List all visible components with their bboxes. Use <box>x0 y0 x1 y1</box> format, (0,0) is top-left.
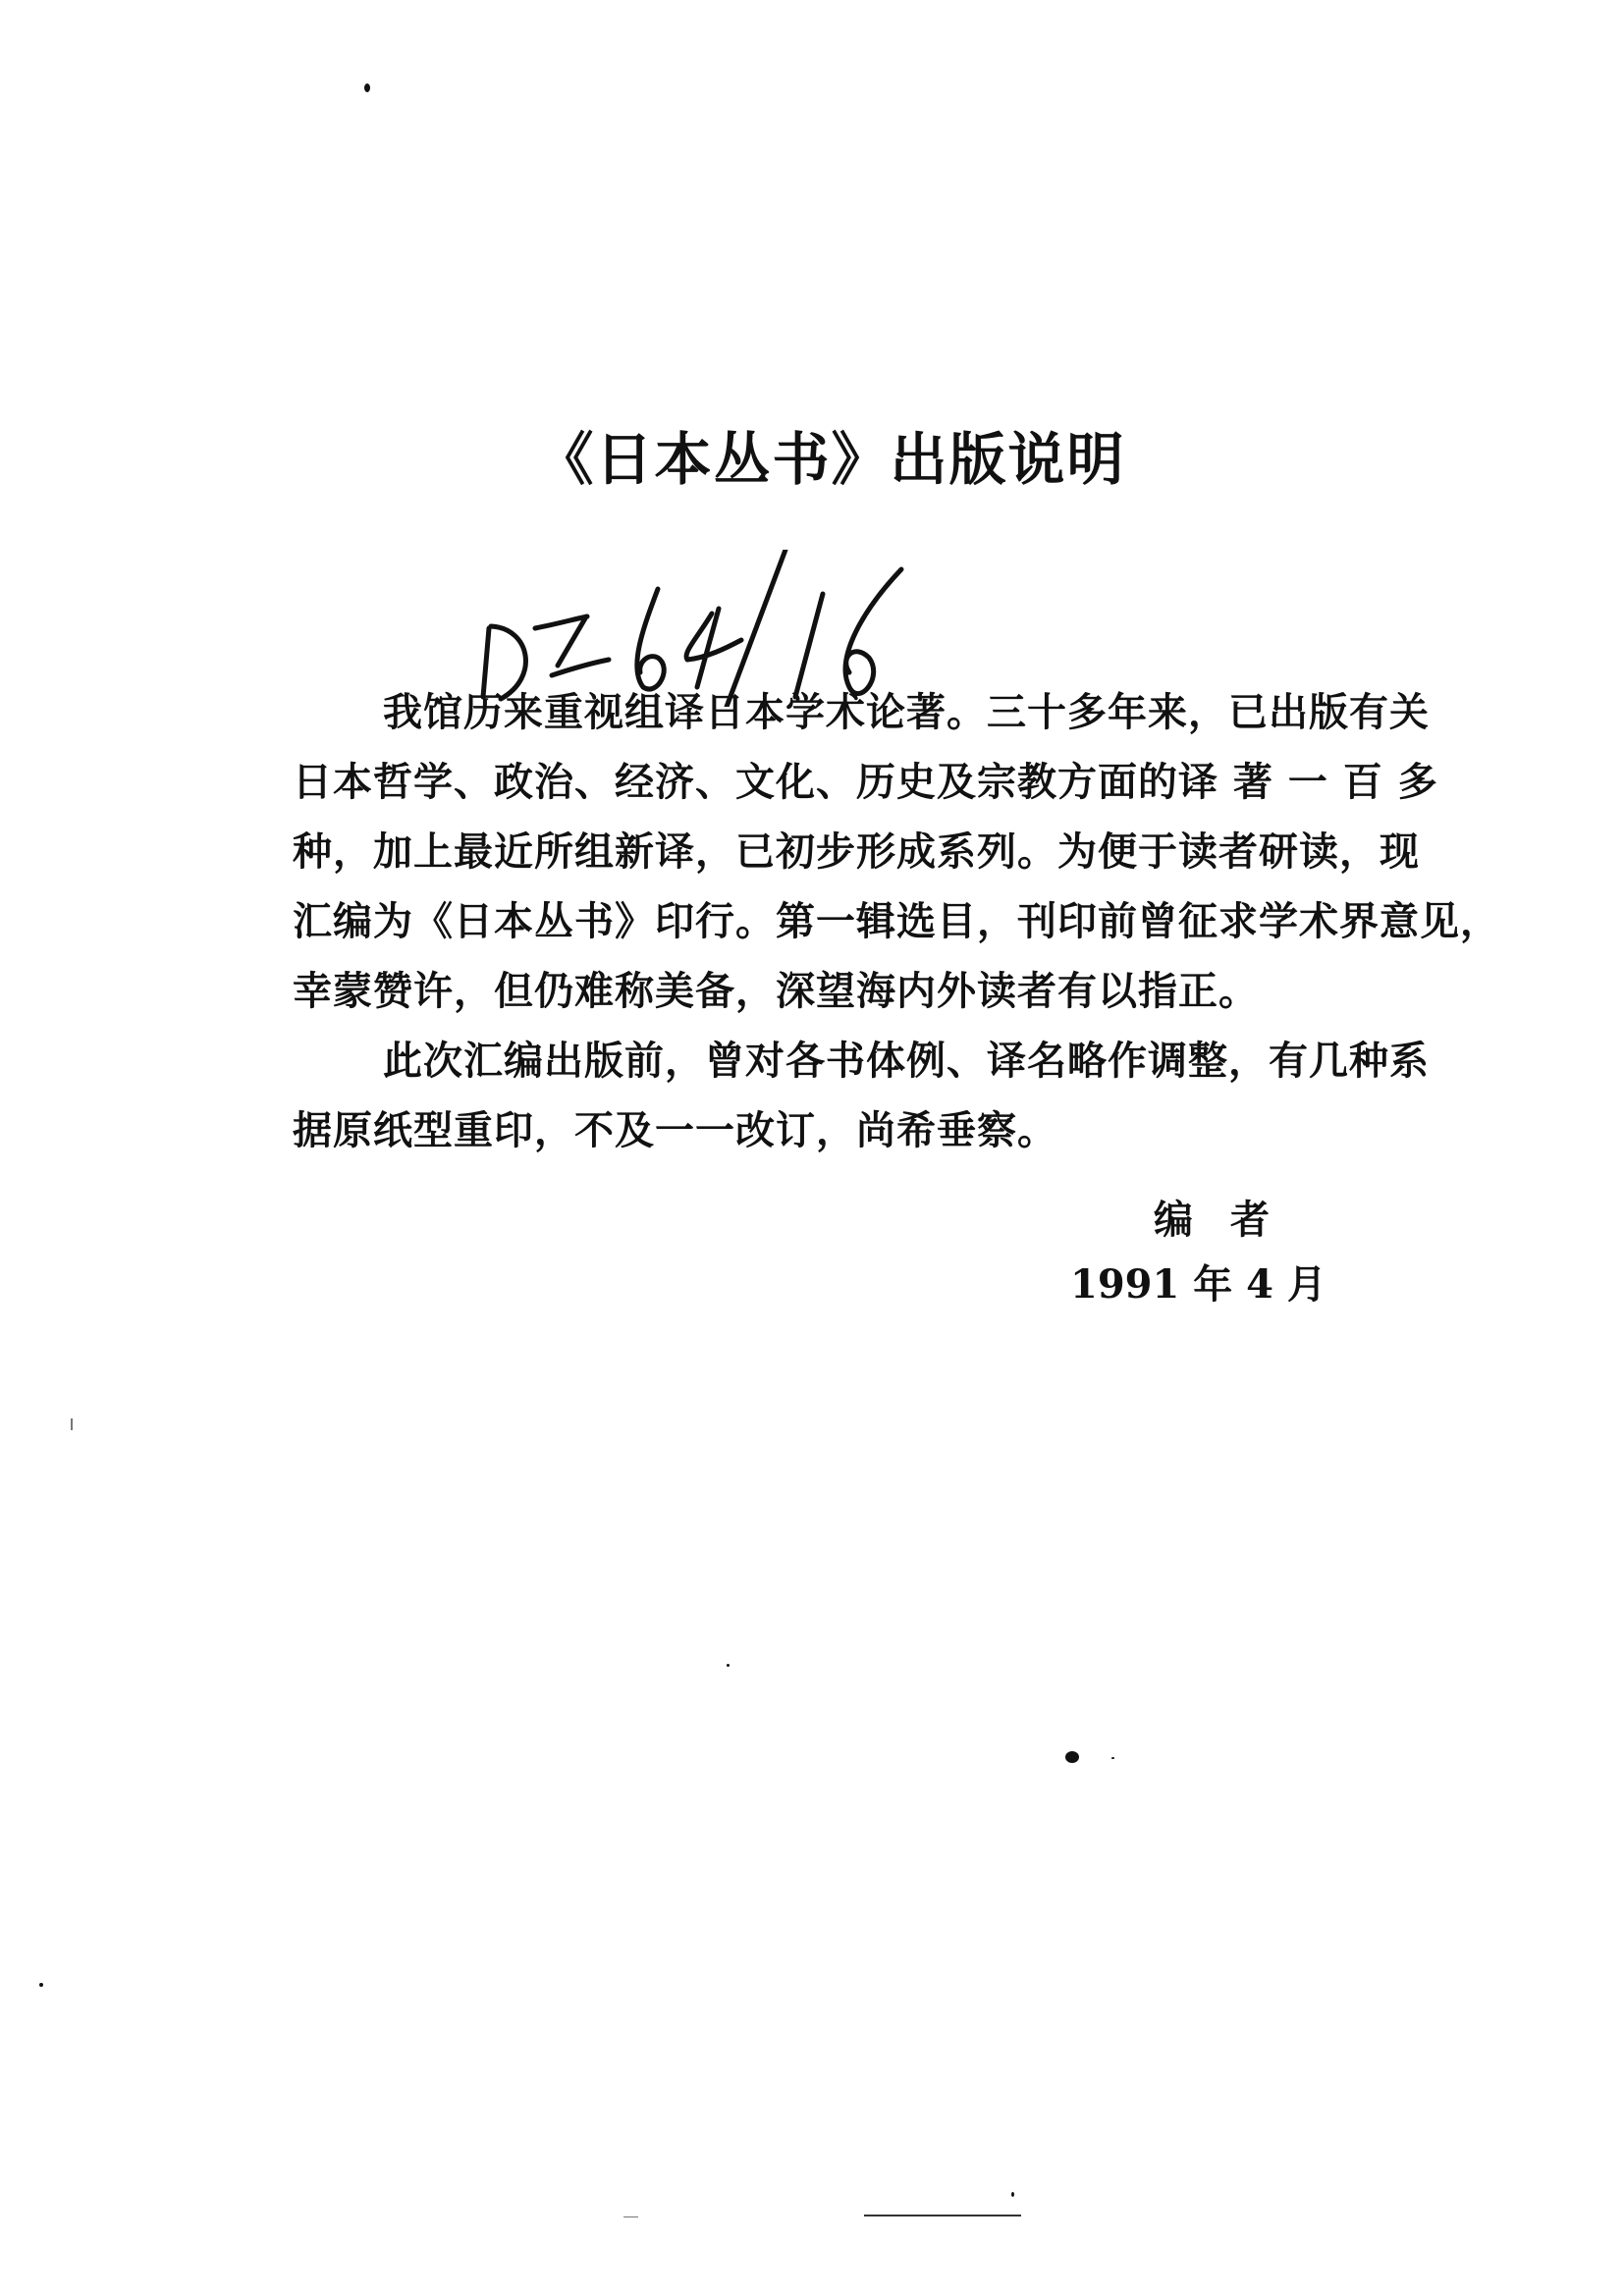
scan-speck <box>727 1664 730 1667</box>
page-title: 《日本丛书》出版说明 <box>0 420 1623 499</box>
paragraph-2: 此次汇编出版前，曾对各书体例、译名略作调整，有几种系 据原纸型重印，不及一一改订… <box>214 1026 1373 1165</box>
scanned-page: 《日本丛书》出版说明 DZ64/16 我馆历来重视组译日本学术论著。三十多年 <box>0 0 1623 2296</box>
document-body: 我馆历来重视组译日本学术论著。三十多年来，已出版有关 日本哲学、政治、经济、文化… <box>214 677 1373 1165</box>
scan-speck <box>1111 1757 1114 1759</box>
scan-speck <box>1011 2192 1014 2197</box>
text-line: 幸蒙赞许，但仍难称美备，深望海内外读者有以指正。 <box>214 956 1373 1026</box>
scan-line-artifact <box>71 1418 73 1430</box>
text-line: 我馆历来重视组译日本学术论著。三十多年来，已出版有关 <box>214 677 1373 747</box>
signature-date: 1991 年 4 月 <box>1070 1253 1326 1317</box>
scan-line-artifact <box>864 2215 1021 2216</box>
scan-line-artifact <box>623 2216 638 2217</box>
text-line: 汇编为《日本丛书》印行。第一辑选目，刊印前曾征求学术界意见， <box>214 886 1373 956</box>
text-line: 此次汇编出版前，曾对各书体例、译名略作调整，有几种系 <box>214 1026 1373 1095</box>
scan-speck <box>1065 1751 1079 1763</box>
signature-author: 编者 <box>1070 1188 1326 1253</box>
scan-speck <box>39 1983 43 1987</box>
text-line: 种，加上最近所组新译，已初步形成系列。为便于读者研读，现 <box>214 817 1373 886</box>
signature-block: 编者 1991 年 4 月 <box>1070 1188 1326 1317</box>
text-line: 据原纸型重印，不及一一改订，尚希垂察。 <box>214 1095 1373 1165</box>
text-line: 日本哲学、政治、经济、文化、历史及宗教方面的译 著 一 百 多 <box>214 747 1373 817</box>
paragraph-1: 我馆历来重视组译日本学术论著。三十多年来，已出版有关 日本哲学、政治、经济、文化… <box>214 677 1373 1026</box>
scan-speck <box>364 83 370 92</box>
